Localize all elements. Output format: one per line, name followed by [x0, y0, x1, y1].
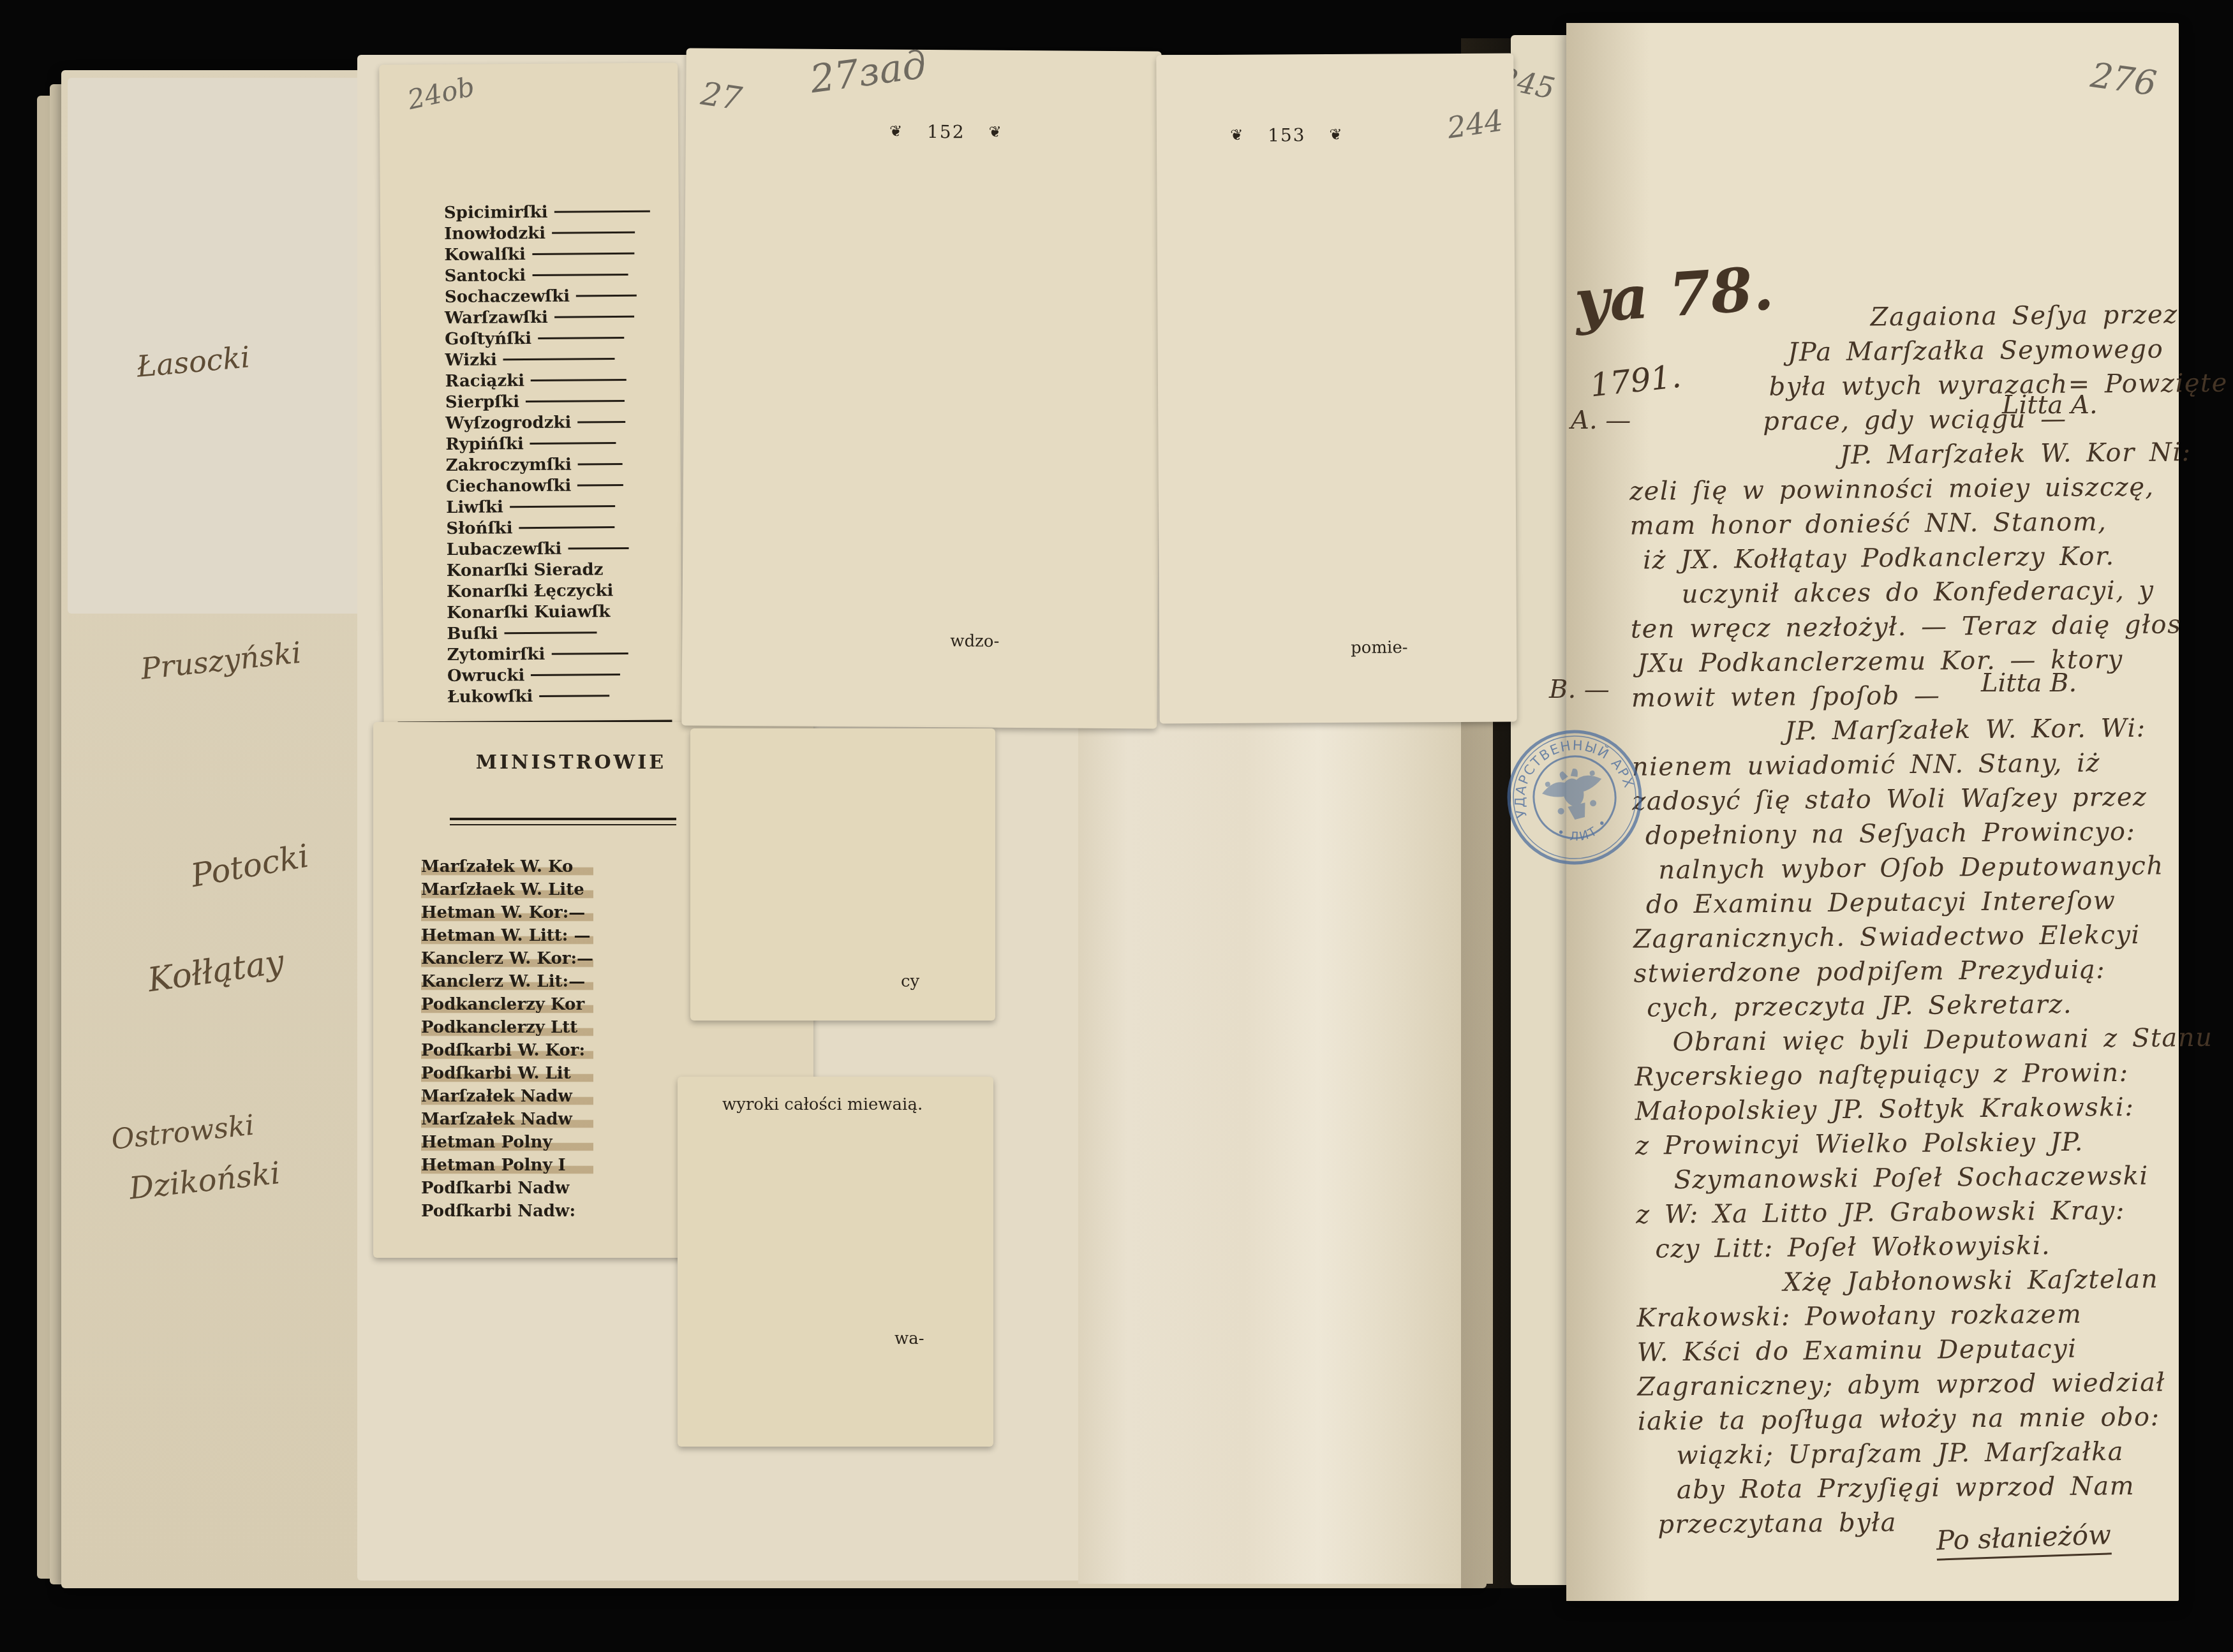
- minister-row: Marſzałek Nadw: [421, 1110, 593, 1133]
- minister-title: Kanclerz W. Kor:—: [421, 949, 593, 968]
- manuscript-line-text: ten wręcz nezłożył. — Teraz daię głos: [1631, 610, 2181, 644]
- castellan-row: Rypińſki: [445, 432, 651, 455]
- printed-page-153: ❦ 153 ❦ 244 pomie-: [1156, 54, 1517, 724]
- svg-text:ГОСУДАРСТВЕННЫЙ АРХИВЪ: ГОСУДАРСТВЕННЫЙ АРХИВЪ: [1499, 724, 1638, 820]
- dash-line: [539, 695, 609, 697]
- dash-line: [554, 210, 650, 213]
- svg-text:• ЛИТ •: • ЛИТ •: [1552, 813, 1614, 850]
- minister-row: Podſkarbi W. Kor:: [421, 1041, 593, 1064]
- manuscript-line-text: wiązki; Upraſzam JP. Marſzałka: [1676, 1437, 2124, 1470]
- castellan-row: Konarſki Kuiawſk: [447, 601, 653, 623]
- manuscript-line: iakie ta poſługa włoży na mnie obo:: [1638, 1399, 2186, 1439]
- print-line: [1183, 189, 1477, 190]
- print-line: [831, 186, 1073, 188]
- castellan-name: Łukowſki: [447, 686, 533, 706]
- castellan-row: Wyſzogrodzki: [445, 411, 651, 434]
- manuscript-line-text: czy Litt: Poſeł Wołkowyiski.: [1655, 1231, 2051, 1264]
- manuscript-line: Zagranicznych. Swiadectwo Elekcyi: [1633, 917, 2182, 957]
- manuscript-line: iż JX. Kołłątay Podkanclerzy Kor.: [1643, 538, 2179, 577]
- print-line: [1183, 189, 1477, 190]
- manuscript-line: Krakowski: Powołany rozkazem: [1636, 1296, 2185, 1336]
- manuscript-line: JP. Marſzałek W. Kor. Wi:: [1784, 711, 2180, 748]
- manuscript-line: aby Rota Przyſięgi wprzod Nam: [1677, 1468, 2187, 1507]
- print-line: [829, 438, 1071, 440]
- minister-title: Podkanclerzy Ltt: [421, 1018, 577, 1037]
- minister-row: Hetman Polny I: [421, 1156, 593, 1179]
- manuscript-line-text: zadosyć ſię stało Woli Waſzey przez: [1632, 783, 2148, 816]
- dash-line: [530, 442, 616, 445]
- manuscript-line: mowit wten ſpoſob —: [1631, 676, 2180, 716]
- castellan-row: Santocki: [444, 264, 650, 286]
- manuscript-line: czy Litt: Poſeł Wołkowyiski.: [1655, 1227, 2185, 1266]
- stamp-ring-text: ГОСУДАРСТВЕННЫЙ АРХИВЪ: [1499, 724, 1638, 820]
- manuscript-line-text: Zagaiona Seſya przez: [1871, 300, 2178, 332]
- print-line: [1183, 189, 1477, 190]
- minister-title: Marſzałek W. Ko: [421, 857, 573, 876]
- print-line: [829, 438, 1071, 440]
- minister-row: Kanclerz W. Lit:—: [421, 972, 593, 995]
- castellan-row: Słońſki: [446, 517, 652, 539]
- manuscript-line: zadosyć ſię stało Woli Waſzey przez: [1632, 779, 2181, 819]
- printed-page-152: 27 27зад ❦ 152 ❦ wdzo-: [681, 48, 1161, 728]
- minister-title: Hetman Polny: [421, 1133, 553, 1152]
- print-line: [1183, 189, 1477, 190]
- manuscript-line: dopełniony na Seſyach Prowincyo:: [1645, 814, 2181, 853]
- print-line: [1183, 189, 1477, 190]
- manuscript-line-text: przeczytana była: [1658, 1508, 1897, 1539]
- castellan-name: Konarſki Kuiawſk: [447, 602, 610, 623]
- manuscript-line-text: mowit wten ſpoſob —: [1631, 681, 1941, 713]
- print-line: [1183, 189, 1477, 190]
- print-line: [831, 186, 1073, 188]
- castellan-name: Ciechanowſki: [446, 476, 572, 496]
- castellan-name: Kowalſki: [444, 245, 526, 265]
- castellan-row: Zakroczymſki: [446, 454, 652, 476]
- castellan-row: Goſtyńſki: [445, 327, 651, 350]
- castellan-row: Wizki: [445, 348, 651, 371]
- minister-row: Marſzałek W. Ko: [421, 857, 593, 880]
- ministers-header: MINISTROWIE: [469, 751, 673, 774]
- print-line: [831, 186, 1073, 188]
- minister-title: Hetman Polny I: [421, 1156, 566, 1175]
- minister-title: Hetman W. Kor:—: [421, 903, 585, 922]
- fragment-2-catchword: wa-: [894, 1329, 924, 1348]
- print-line: [1183, 189, 1477, 190]
- dash-line: [578, 463, 623, 465]
- print-line: [1183, 189, 1477, 190]
- manuscript-line: JPa Marſzałka Seymowego: [1788, 332, 2177, 369]
- castellan-row: Spicimirſki: [444, 201, 650, 223]
- dash-line: [538, 337, 624, 339]
- print-line: [829, 438, 1071, 440]
- manuscript-line: ten wręcz nezłożył. — Teraz daię głos: [1631, 607, 2179, 647]
- page-153-header: ❦ 153 ❦: [1172, 124, 1402, 146]
- print-line: [1183, 189, 1477, 190]
- minister-row: Podkanclerzy Ltt: [421, 1018, 593, 1041]
- castellan-name: Sierpſki: [445, 392, 519, 412]
- castellan-strip: 24ob Spicimirſki Inowłodzki Kowalſki San…: [379, 63, 682, 746]
- stamp-eagle-icon: [1538, 763, 1610, 826]
- manuscript-line: JXu Podkanclerzemu Kor. — ktory: [1637, 642, 2179, 681]
- manuscript-line: uczynił akces do Konfederacyi, y: [1681, 573, 2179, 612]
- minister-title: Marſzałek Nadw: [421, 1087, 572, 1106]
- minister-row: Podſkarbi Nadw: [421, 1179, 593, 1202]
- manuscript-line: Xżę Jabłonowski Kaſztelan: [1783, 1262, 2185, 1299]
- page-number-153: 153: [1251, 124, 1323, 146]
- minister-row: Marſzłaek W. Lite: [421, 880, 593, 903]
- manuscript-line-text: nienem uwiadomić NN. Stany, iż: [1632, 748, 2100, 781]
- margin-letter-a: A. —: [1571, 406, 1631, 435]
- castellan-row: Konarſki Sieradz: [447, 559, 653, 581]
- manuscript-line-text: dopełniony na Seſyach Prowincyo:: [1645, 817, 2136, 851]
- manuscript-line-text: uczynił akces do Konfederacyi, y: [1681, 576, 2154, 609]
- print-line: [1183, 189, 1477, 190]
- manuscript-line-text: stwierdzone podpiſem Prezyduią:: [1634, 955, 2106, 988]
- manuscript-line: wiązki; Upraſzam JP. Marſzałka: [1676, 1434, 2186, 1473]
- manuscript-line: JP. Marſzałek W. Kor Ni:: [1839, 435, 2177, 473]
- dash-line: [531, 674, 620, 676]
- minister-title: Podſkarbi W. Lit: [421, 1064, 571, 1083]
- dash-line: [531, 379, 627, 381]
- castellan-name: Inowłodzki: [444, 223, 545, 243]
- minister-row: Marſzałek Nadw: [421, 1087, 593, 1110]
- margin-letter-b: B. —: [1549, 675, 1610, 704]
- manuscript-line-text: Zagraniczney; abym wprzod wiedział: [1637, 1368, 2165, 1402]
- page-153-text: [1183, 189, 1477, 190]
- castellan-name: Owrucki: [447, 666, 525, 686]
- castellan-name: Raciązki: [445, 371, 524, 391]
- print-line: [1183, 189, 1477, 190]
- castellan-row: Sierpſki: [445, 390, 651, 413]
- manuscript-line-text: JP. Marſzałek W. Kor Ni:: [1839, 438, 2191, 470]
- dash-line: [519, 526, 614, 529]
- printed-fragment-1: cy: [690, 728, 995, 1021]
- castellan-row: Raciązki: [445, 369, 651, 392]
- print-line: [831, 186, 1073, 188]
- pencil-note-24ob: 24ob: [405, 71, 478, 116]
- manuscript-line: nienem uwiadomić NN. Stany, iż: [1632, 745, 2181, 785]
- dash-line: [551, 653, 628, 655]
- manuscript-line: Zagaiona Seſya przez: [1871, 297, 2177, 334]
- manuscript-line: Szymanowski Poſeł Sochaczewski: [1673, 1158, 2184, 1197]
- manuscript-line-text: W. Kści do Examinu Deputacyi: [1637, 1334, 2077, 1368]
- page-152-header: ❦ 152 ❦: [831, 121, 1061, 144]
- print-line: [831, 186, 1073, 188]
- minister-row: Podſkarbi Nadw:: [421, 1202, 593, 1225]
- print-line: [1183, 189, 1477, 190]
- manuscript-line: zeli ſię w powinności moiey uiszczę,: [1629, 469, 2178, 509]
- print-line: [1183, 189, 1477, 190]
- fragment-1-catchword: cy: [901, 972, 919, 991]
- castellan-name: Konarſki Łęczycki: [447, 581, 614, 601]
- floral-ornament-icon: ❦: [988, 123, 1002, 141]
- page-number-152: 152: [910, 121, 982, 143]
- floral-ornament-icon: ❦: [889, 122, 903, 140]
- print-line: [829, 438, 1071, 440]
- manuscript-line: stwierdzone podpiſem Prezyduią:: [1633, 952, 2182, 991]
- print-line: [1183, 189, 1477, 190]
- castellan-row: Sochaczewſki: [445, 285, 651, 307]
- castellan-row: Lubaczewſki: [446, 538, 652, 560]
- manuscript-line: prace, gdy wciągu —: [1763, 401, 2177, 439]
- dash-line: [510, 505, 615, 508]
- manuscript-line-text: prace, gdy wciągu —: [1763, 404, 2067, 436]
- manuscript-line-text: Obrani więc byli Deputowani z Stanu: [1672, 1023, 2213, 1057]
- pencil-27: 27: [699, 75, 744, 118]
- print-line: [831, 186, 1073, 188]
- print-line: [1183, 189, 1477, 190]
- pencil-244: 244: [1445, 103, 1506, 145]
- signature-catchword: Po słanieżów: [1936, 1519, 2112, 1561]
- castellan-name: Liwſki: [446, 498, 503, 517]
- manuscript-line-text: Rycerskiego naſtępuiący z Prowin:: [1635, 1058, 2129, 1092]
- floral-ornament-icon: ❦: [1329, 126, 1343, 144]
- castellan-row: Owrucki: [447, 664, 653, 686]
- castellan-name: Słońſki: [446, 519, 512, 538]
- minister-title: Podſkarbi W. Kor:: [421, 1041, 585, 1060]
- castellan-list: Spicimirſki Inowłodzki Kowalſki Santocki…: [444, 201, 653, 707]
- dash-line: [532, 274, 628, 276]
- dash-line: [568, 547, 628, 550]
- minister-title: Marſzłaek W. Lite: [421, 880, 584, 899]
- manuscript-line: Rycerskiego naſtępuiący z Prowin:: [1635, 1055, 2183, 1095]
- manuscript-line-text: Xżę Jabłonowski Kaſztelan: [1783, 1265, 2158, 1297]
- manuscript-text: Zagaiona Seſya przez JPa Marſzałka Seymo…: [1628, 297, 2188, 1542]
- castellan-row: Kowalſki: [444, 243, 650, 265]
- manuscript-line-text: Zagranicznych. Swiadectwo Elekcyi: [1633, 920, 2140, 954]
- castellan-name: Zytomirſki: [447, 644, 545, 664]
- manuscript-line: mam honor donieść NN. Stanom,: [1629, 504, 2178, 543]
- page-152-catchword: wdzo-: [950, 631, 999, 651]
- castellan-row: Konarſki Łęczycki: [447, 580, 653, 602]
- page-152-paragraph-2: [829, 438, 1071, 440]
- manuscript-line: była wtych wyrazach= Powzięte: [1769, 366, 2177, 404]
- print-line: [831, 186, 1073, 188]
- dash-line: [526, 400, 625, 402]
- manuscript-line-text: JPa Marſzałka Seymowego: [1788, 334, 2163, 367]
- stamp-bottom-text: • ЛИТ •: [1552, 813, 1614, 850]
- castellan-row: Liwſki: [446, 496, 652, 518]
- minister-row: Hetman Polny: [421, 1133, 593, 1156]
- manuscript-line-text: była wtych wyrazach= Powzięte: [1769, 369, 2228, 402]
- print-line: [829, 438, 1071, 440]
- castellan-name: Zakroczymſki: [446, 455, 572, 475]
- castellan-row: Zytomirſki: [447, 643, 653, 665]
- minister-title: Podſkarbi Nadw: [421, 1179, 569, 1198]
- manuscript-line: z Prowincyi Wielko Polskiey JP.: [1635, 1124, 2184, 1163]
- manuscript-line-text: do Examinu Deputacyi Intereſow: [1646, 886, 2116, 919]
- manuscript-line: W. Kści do Examinu Deputacyi: [1637, 1331, 2186, 1370]
- castellan-row: Buſki: [447, 622, 653, 644]
- print-line: [1183, 189, 1477, 190]
- castellan-name: Konarſki Sieradz: [447, 560, 604, 580]
- minister-row: Podkanclerzy Kor: [421, 995, 593, 1018]
- print-line: [829, 438, 1071, 440]
- print-line: [831, 186, 1073, 188]
- minister-row: Hetman W. Kor:—: [421, 903, 593, 926]
- manuscript-line: Obrani więc byli Deputowani z Stanu: [1672, 1021, 2183, 1059]
- print-line: [1183, 189, 1477, 190]
- manuscript-line-text: iż JX. Kołłątay Podkanclerzy Kor.: [1643, 542, 2115, 575]
- archival-scan: 24ob Spicimirſki Inowłodzki Kowalſki San…: [0, 0, 2233, 1652]
- manuscript-line: cych, przeczyta JP. Sekretarz.: [1647, 986, 2183, 1025]
- castellan-name: Wizki: [445, 350, 496, 370]
- manuscript-line-text: Krakowski: Powołany rozkazem: [1636, 1300, 2082, 1333]
- castellan-name: Spicimirſki: [444, 202, 548, 222]
- manuscript-line-text: JXu Podkanclerzemu Kor. — ktory: [1637, 645, 2123, 679]
- manuscript-line-text: z Prowincyi Wielko Polskiey JP.: [1635, 1128, 2084, 1161]
- manuscript-line-text: iakie ta poſługa włoży na mnie obo:: [1638, 1403, 2160, 1436]
- page-153-catchword: pomie-: [1351, 638, 1408, 657]
- manuscript-line-text: Małopolskiey JP. Sołtyk Krakowski:: [1635, 1093, 2134, 1126]
- castellan-name: Goſtyńſki: [445, 328, 531, 348]
- dash-line: [577, 484, 623, 487]
- dash-line: [503, 358, 615, 360]
- castellan-row: Inowłodzki: [444, 222, 650, 244]
- castellan-name: Rypińſki: [445, 434, 524, 454]
- print-line: [831, 186, 1073, 188]
- castellan-row: Warſzawſki: [445, 306, 651, 328]
- castellan-name: Buſki: [447, 624, 498, 644]
- manuscript-line-text: cych, przeczyta JP. Sekretarz.: [1647, 990, 2072, 1023]
- print-line: [831, 186, 1073, 188]
- ministers-list: Marſzałek W. Ko Marſzłaek W. Lite Hetman…: [421, 857, 593, 1225]
- print-line: [831, 186, 1073, 188]
- double-rule-2: [450, 818, 676, 825]
- manuscript-line: Małopolskiey JP. Sołtyk Krakowski:: [1635, 1089, 2183, 1129]
- manuscript-line-text: z W: Xa Litto JP. Grabowski Kray:: [1636, 1196, 2125, 1230]
- dash-line: [532, 253, 634, 255]
- minister-title: Podſkarbi Nadw:: [421, 1202, 575, 1221]
- minister-title: Hetman W. Litt: —: [421, 926, 591, 945]
- print-line: [829, 438, 1071, 440]
- floral-ornament-icon: ❦: [1230, 126, 1244, 144]
- manuscript-line-text: JP. Marſzałek W. Kor. Wi:: [1784, 714, 2146, 746]
- print-line: [1183, 189, 1477, 190]
- dash-line: [554, 316, 634, 318]
- print-line: [829, 438, 1071, 440]
- print-line: [829, 438, 1071, 440]
- dash-line: [504, 631, 597, 634]
- castellan-row: Łukowſki: [447, 685, 653, 707]
- pencil-27zad: 27зад: [808, 43, 930, 103]
- manuscript-line-text: zeli ſię w powinności moiey uiszczę,: [1629, 473, 2155, 506]
- minister-title: Marſzałek Nadw: [421, 1110, 572, 1129]
- manuscript-line: do Examinu Deputacyi Intereſow: [1646, 883, 2182, 922]
- castellan-name: Sochaczewſki: [445, 286, 570, 306]
- print-line: [1183, 189, 1477, 190]
- dash-line: [577, 421, 625, 424]
- castellan-name: Santocki: [444, 266, 526, 286]
- castellan-name: Warſzawſki: [445, 307, 548, 327]
- manuscript-line-text: mam honor donieść NN. Stanom,: [1629, 507, 2107, 541]
- minister-row: Kanclerz W. Kor:—: [421, 949, 593, 972]
- print-line: [1183, 189, 1477, 190]
- dash-line: [552, 232, 635, 234]
- printed-fragment-2: wyroki całości miewaią. wa-: [678, 1077, 993, 1447]
- manuscript-line-text: nalnych wybor Oſob Deputowanych: [1658, 851, 2164, 885]
- minister-row: Podſkarbi W. Lit: [421, 1064, 593, 1087]
- manuscript-line: nalnych wybor Oſob Deputowanych: [1658, 848, 2181, 887]
- manuscript-line-text: aby Rota Przyſięgi wprzod Nam: [1677, 1471, 2135, 1505]
- print-line: [1183, 189, 1477, 190]
- castellan-row: Ciechanowſki: [446, 475, 652, 497]
- minister-title: Podkanclerzy Kor: [421, 995, 584, 1014]
- minister-title: Kanclerz W. Lit:—: [421, 972, 585, 991]
- castellan-name: Lubaczewſki: [446, 539, 561, 559]
- fragment-2-line-1: wyroki całości miewaią.: [722, 1095, 923, 1116]
- manuscript-line: z W: Xa Litto JP. Grabowski Kray:: [1636, 1193, 2185, 1232]
- dash-line: [576, 295, 637, 297]
- manuscript-line-text: Szymanowski Poſeł Sochaczewski: [1673, 1162, 2149, 1195]
- manuscript-line: Zagraniczney; abym wprzod wiedział: [1637, 1365, 2186, 1405]
- castellan-name: Wyſzogrodzki: [445, 413, 571, 432]
- page-152-paragraph-1: [831, 186, 1073, 188]
- minister-row: Hetman W. Litt: —: [421, 926, 593, 949]
